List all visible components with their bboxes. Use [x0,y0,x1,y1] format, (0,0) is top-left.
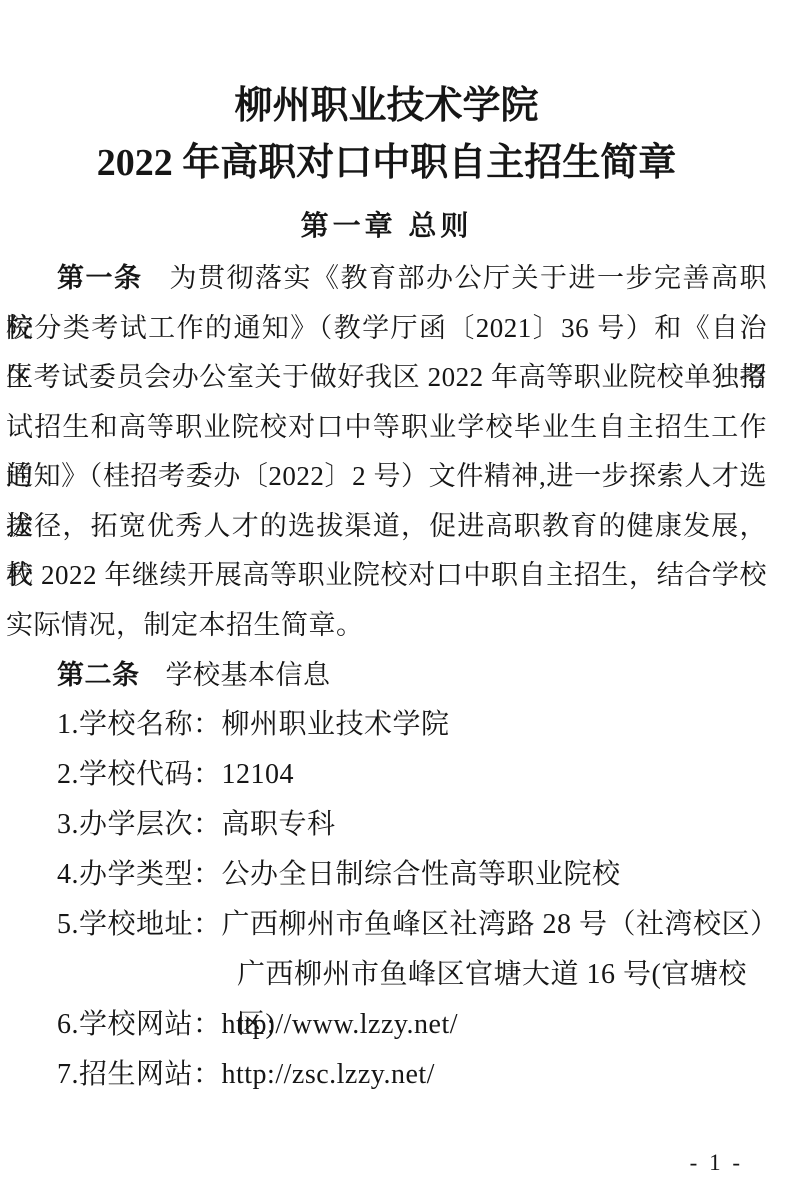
info-item-school-code: 2.学校代码：12104 [6,750,767,800]
school-info-list: 1.学校名称：柳州职业技术学院 2.学校代码：12104 3.办学层次：高职专科… [6,700,767,1100]
text-line: 途径，拓宽优秀人才的选拔渠道，促进高职教育的健康发展，我 [6,502,767,552]
text-line: 校 2022 年继续开展高等职业院校对口中职自主招生，结合学校 [6,551,767,601]
text-line: 生考试委员会办公室关于做好我区 2022 年高等职业院校单独考 [6,353,767,403]
text-line: 通知》（桂招考委办〔2022〕2 号）文件精神,进一步探索人才选拔 [6,452,767,502]
text-line: 校分类考试工作的通知》（教学厅函〔2021〕36 号）和《自治区招 [6,304,767,354]
chapter-heading: 第一章 总则 [6,209,767,243]
document-title-line1: 柳州职业技术学院 [6,0,767,130]
info-item-school-website: 6.学校网站：http://www.lzzy.net/ [6,1000,767,1050]
info-item-school-type: 4.办学类型：公办全日制综合性高等职业院校 [6,850,767,900]
info-item-school-name: 1.学校名称：柳州职业技术学院 [6,700,767,750]
article-1-label: 第一条 [57,263,143,293]
page-content: 柳州职业技术学院 2022 年高职对口中职自主招生简章 第一章 总则 第一条为贯… [0,0,800,1100]
text-line: 试招生和高等职业院校对口中等职业学校毕业生自主招生工作的 [6,403,767,453]
article-2-label: 第二条 [57,660,140,690]
article-2-title: 学校基本信息 [166,660,331,690]
text-line: 第一条为贯彻落实《教育部办公厅关于进一步完善高职院 [6,254,767,304]
info-item-admissions-website: 7.招生网站：http://zsc.lzzy.net/ [6,1050,767,1100]
page-number: - 1 - [690,1150,743,1176]
article-1-paragraph: 第一条为贯彻落实《教育部办公厅关于进一步完善高职院 校分类考试工作的通知》（教学… [6,254,767,650]
info-item-address-1: 5.学校地址：广西柳州市鱼峰区社湾路 28 号（社湾校区） [6,900,767,950]
info-item-address-2: 广西柳州市鱼峰区官塘大道 16 号(官塘校区) [6,950,767,1000]
article-2-heading: 第二条学校基本信息 [6,650,767,700]
info-item-education-level: 3.办学层次：高职专科 [6,800,767,850]
text-line: 实际情况，制定本招生简章。 [6,601,767,651]
document-title-line2: 2022 年高职对口中职自主招生简章 [6,139,767,187]
document-page: 柳州职业技术学院 2022 年高职对口中职自主招生简章 第一章 总则 第一条为贯… [0,0,800,1193]
